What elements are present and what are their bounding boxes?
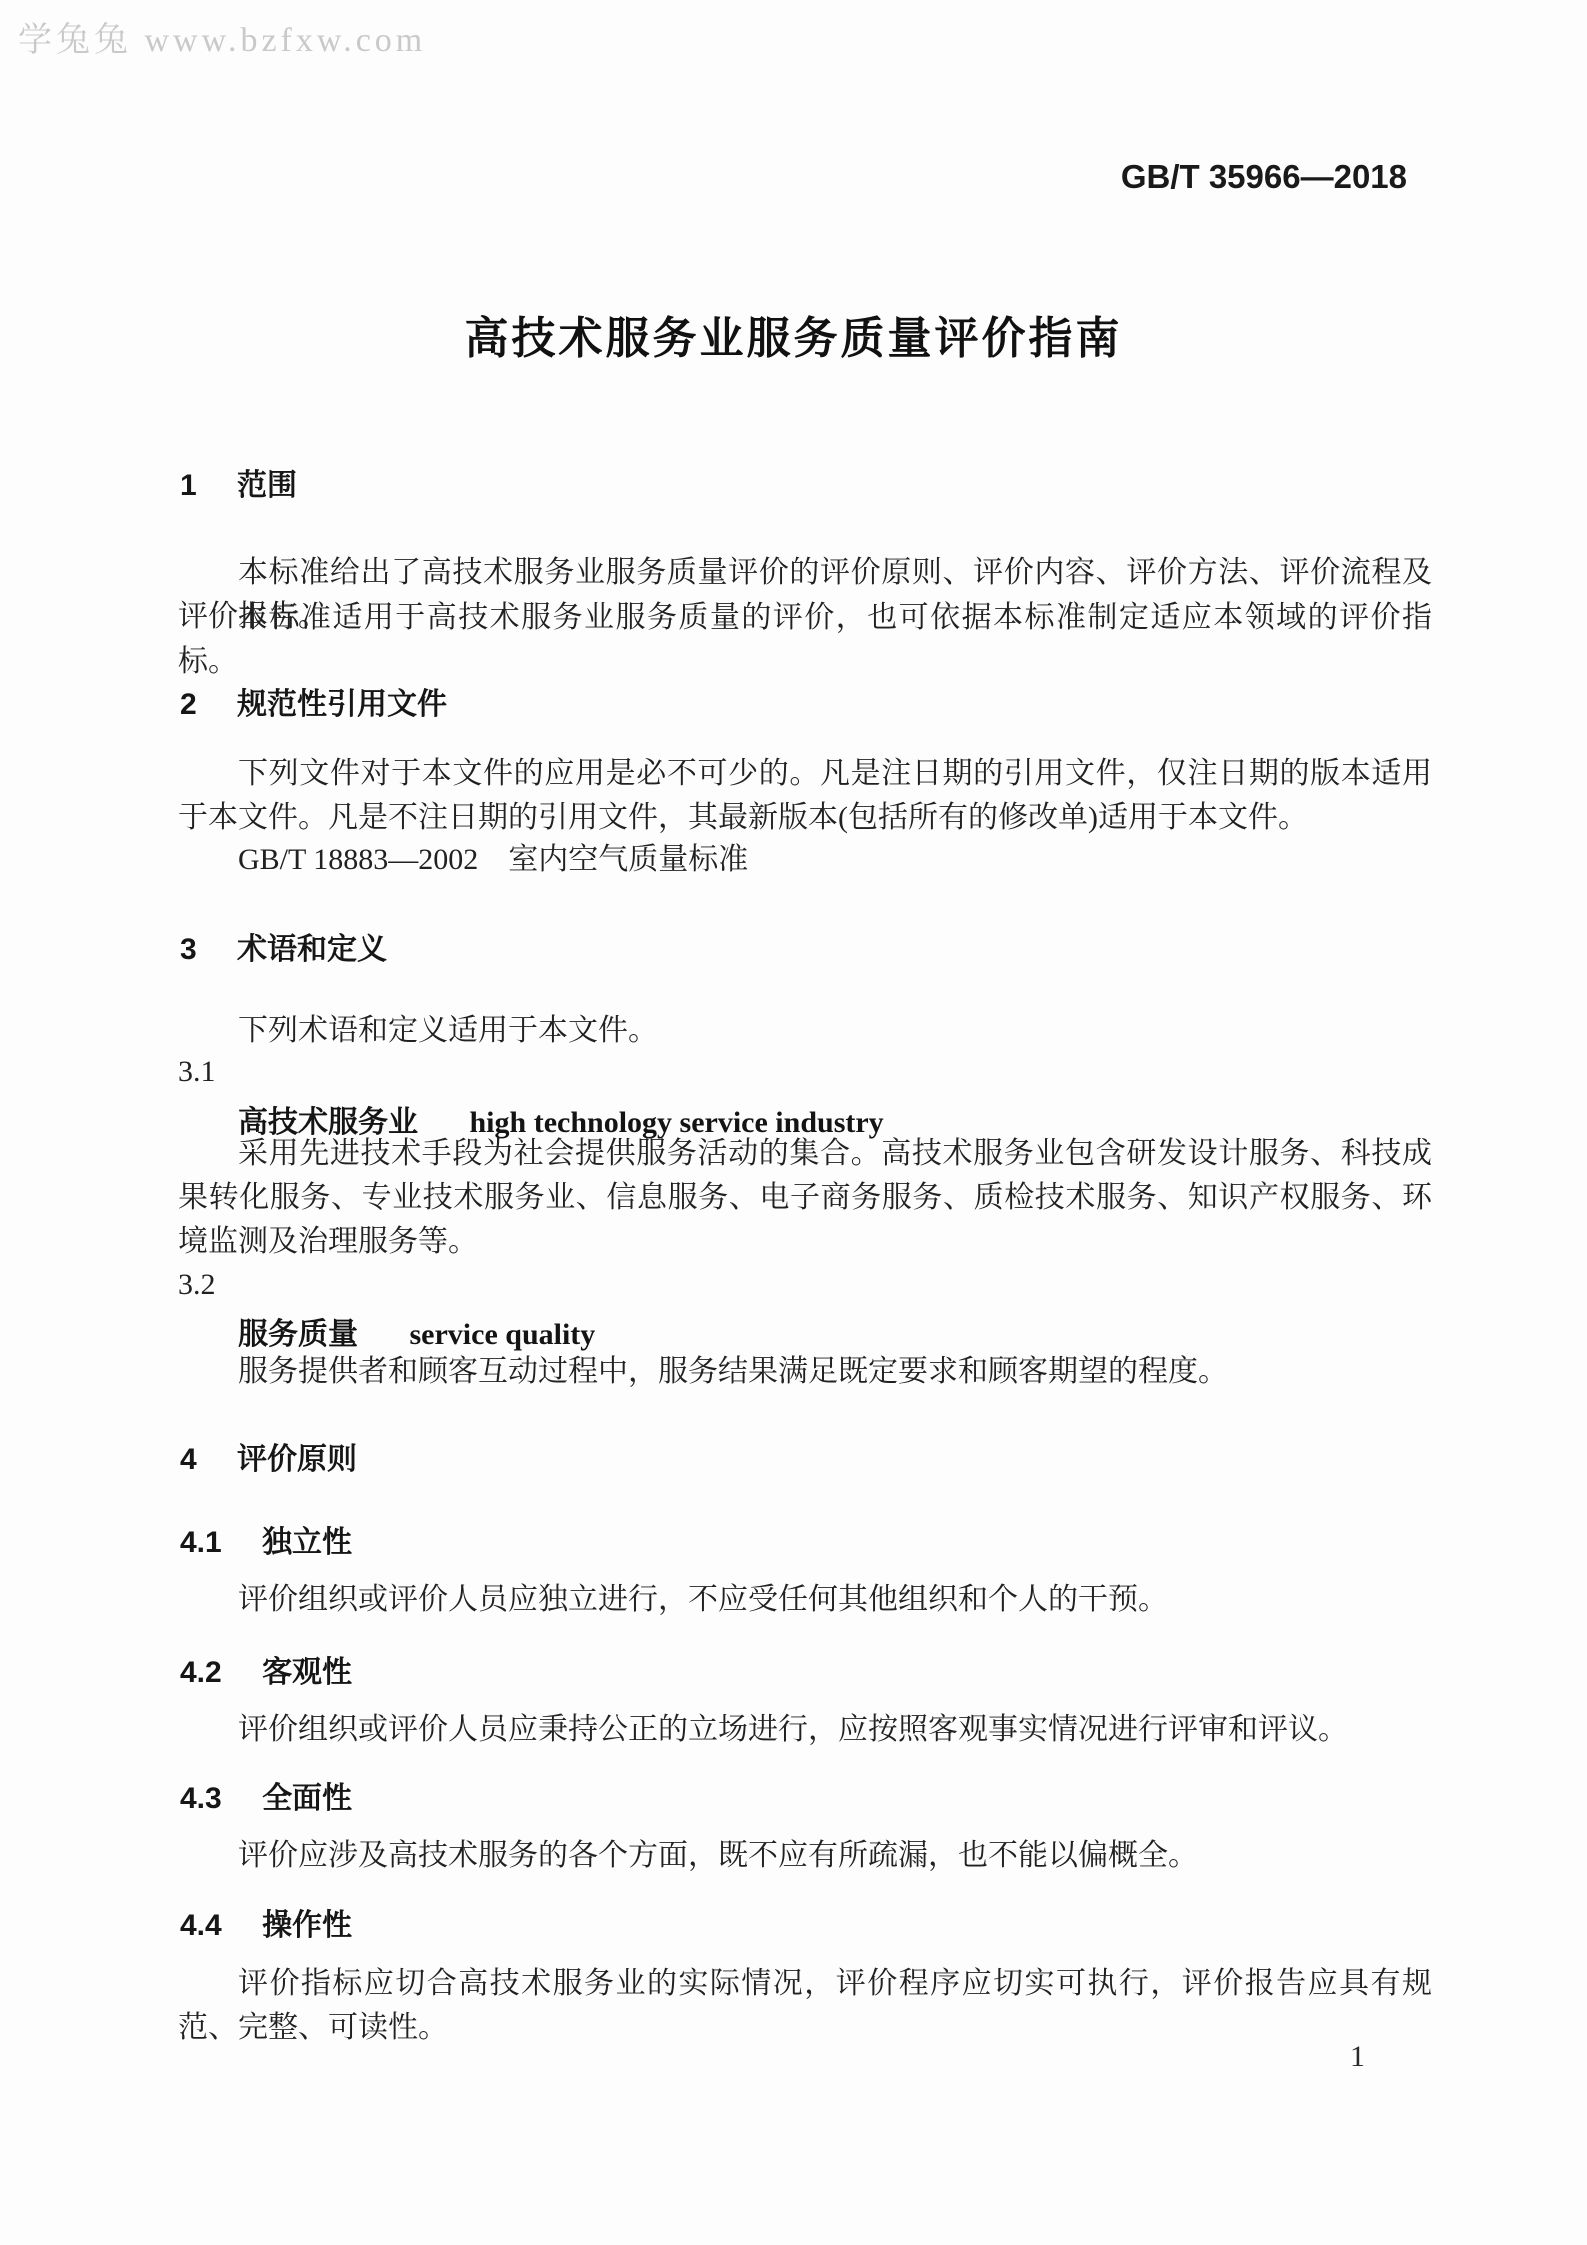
subsection-4-1-heading: 4.1 独立性 [180, 1517, 352, 1561]
term-entry: 服务质量 service quality [238, 1309, 595, 1353]
section-1-paragraph-2: 本标准适用于高技术服务业服务质量的评价，也可依据本标准制定适应本领域的评价指标。 [178, 596, 1432, 684]
section-1-heading: 1 范围 [180, 460, 297, 504]
section-2-paragraph: 下列文件对于本文件的应用是必不可少的。凡是注日期的引用文件，仅注日期的版本适用于… [178, 752, 1432, 840]
subsection-4-2-paragraph: 评价组织或评价人员应秉持公正的立场进行，应按照客观事实情况进行评审和评议。 [178, 1708, 1432, 1752]
term-chinese: 服务质量 [238, 1318, 358, 1351]
section-number: 2 [180, 688, 197, 722]
section-2-heading: 2 规范性引用文件 [180, 679, 447, 723]
section-title: 评价原则 [237, 1434, 357, 1478]
section-title: 范围 [237, 460, 297, 504]
page-number: 1 [1350, 2040, 1365, 2074]
section-4-heading: 4 评价原则 [180, 1434, 357, 1478]
section-title: 术语和定义 [237, 924, 387, 968]
subsection-4-4-heading: 4.4 操作性 [180, 1900, 352, 1944]
subsection-title: 操作性 [262, 1900, 352, 1944]
standard-number: GB/T 35966—2018 [1121, 158, 1407, 196]
term-number: 3.1 [178, 1055, 216, 1089]
term-english: service quality [410, 1318, 596, 1351]
subsection-4-4-paragraph: 评价指标应切合高技术服务业的实际情况，评价程序应切实可执行，评价报告应具有规范、… [178, 1962, 1432, 2050]
document-page: 学兔兔 www.bzfxw.com GB/T 35966—2018 高技术服务业… [0, 0, 1587, 2245]
section-title: 规范性引用文件 [237, 679, 447, 723]
term-definition: 服务提供者和顾客互动过程中，服务结果满足既定要求和顾客期望的程度。 [178, 1350, 1432, 1394]
watermark: 学兔兔 www.bzfxw.com [18, 12, 426, 61]
section-number: 3 [180, 933, 197, 967]
section-3-heading: 3 术语和定义 [180, 924, 387, 968]
page-title: 高技术服务业服务质量评价指南 [0, 302, 1587, 366]
subsection-4-3-paragraph: 评价应涉及高技术服务的各个方面，既不应有所疏漏，也不能以偏概全。 [178, 1834, 1432, 1878]
subsection-number: 4.2 [180, 1656, 222, 1690]
subsection-4-1-paragraph: 评价组织或评价人员应独立进行，不应受任何其他组织和个人的干预。 [178, 1578, 1432, 1622]
term-number: 3.2 [178, 1268, 216, 1302]
term-definition: 采用先进技术手段为社会提供服务活动的集合。高技术服务业包含研发设计服务、科技成果… [178, 1132, 1432, 1264]
subsection-number: 4.4 [180, 1909, 222, 1943]
subsection-number: 4.3 [180, 1782, 222, 1816]
section-number: 1 [180, 469, 197, 503]
normative-reference: GB/T 18883—2002 室内空气质量标准 [178, 838, 1432, 882]
subsection-title: 客观性 [262, 1647, 352, 1691]
subsection-title: 全面性 [262, 1773, 352, 1817]
subsection-4-3-heading: 4.3 全面性 [180, 1773, 352, 1817]
subsection-4-2-heading: 4.2 客观性 [180, 1647, 352, 1691]
section-3-intro: 下列术语和定义适用于本文件。 [178, 1009, 1432, 1053]
section-number: 4 [180, 1443, 197, 1477]
subsection-number: 4.1 [180, 1526, 222, 1560]
subsection-title: 独立性 [262, 1517, 352, 1561]
